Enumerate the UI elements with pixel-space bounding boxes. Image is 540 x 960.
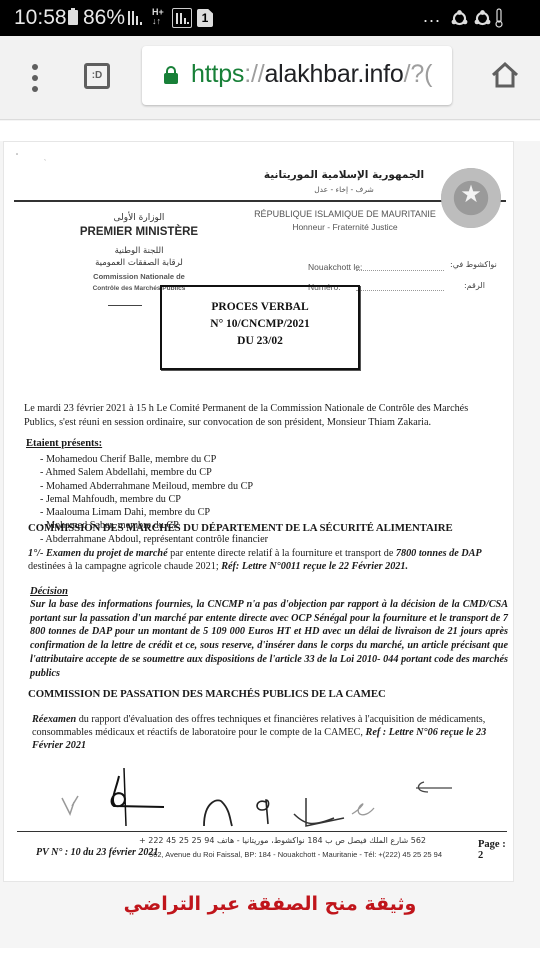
footer-pv-reference: PV N° : 10 du 23 février 2021 — [36, 847, 158, 858]
document-image: ˚ ˎ الجمهورية الإسلامية الموريتانية شرف … — [3, 141, 514, 882]
share-icon — [474, 10, 491, 27]
ministry-arabic: الوزارة الأولى — [64, 213, 214, 223]
decision-text: Sur la base des informations fournies, l… — [30, 598, 508, 680]
committee-french-1: Commission Nationale de — [64, 272, 214, 281]
section-heading-securite-alimentaire: COMMISSION DES MARCHÉS DU DÉPARTEMENT DE… — [28, 522, 453, 534]
signal-icon — [128, 11, 146, 25]
footer-address-arabic: 562 شارع الملك فيصل ص ب 184 نواكشوط، مور… — [139, 836, 426, 845]
place-label-arabic: نواكشوط في: — [450, 260, 497, 269]
data-arrows-icon: H+↓↑ — [152, 8, 164, 26]
place-dotted-line — [356, 270, 444, 271]
letterhead-rule — [108, 305, 142, 306]
decision-heading: Décision — [30, 586, 68, 597]
motto-french: Honneur - Fraternité Justice — [240, 222, 450, 232]
proces-verbal-box: PROCES VERBAL N° 10/CNCMP/2021 DU 23/02 — [160, 285, 360, 370]
republic-arabic: الجمهورية الإسلامية الموريتانية — [244, 169, 444, 181]
home-icon[interactable] — [490, 60, 520, 90]
overflow-notifications: ... — [423, 6, 441, 27]
sim-icon: 1 — [197, 9, 213, 27]
number-dotted-line — [356, 290, 444, 291]
committee-arabic-1: اللجنة الوطنية — [64, 246, 214, 256]
share-icon — [451, 10, 468, 27]
footer-rule — [17, 831, 507, 832]
member-item: - Maalouma Limam Dahi, membre du CP — [40, 506, 268, 519]
motto-arabic: شرف - إخاء - عدل — [244, 185, 444, 194]
footer-address-french: 562, Avenue du Roi Faissal, BP: 184 - No… — [149, 850, 442, 859]
intro-line-2: Publics, s'est réuni en session ordinair… — [24, 416, 504, 429]
tab-switcher-button[interactable]: :D — [84, 63, 110, 89]
pv-title: PROCES VERBAL — [162, 301, 358, 313]
place-label: Nouakchott le: — [308, 262, 362, 272]
network-type: H+ — [152, 7, 164, 17]
intro-line-1: Le mardi 23 février 2021 à 15 h Le Comit… — [24, 402, 504, 415]
member-item: - Jemal Mahfoudh, membre du CP — [40, 493, 268, 506]
page-number: Page : 2 — [478, 839, 513, 861]
section1-item: 1°/- Examen du projet de marché par ente… — [28, 547, 508, 573]
signal-box-icon — [172, 8, 192, 28]
lock-icon — [164, 66, 178, 84]
page-bottom — [0, 948, 540, 960]
pv-date: DU 23/02 — [162, 335, 358, 347]
image-caption: وثيقة منح الصفقة عبر التراضي — [0, 893, 540, 915]
status-time: 10:58 — [14, 6, 67, 30]
pv-number: N° 10/CNCMP/2021 — [162, 318, 358, 330]
battery-icon — [68, 10, 78, 25]
header-rule — [14, 200, 506, 202]
member-item: - Ahmed Salem Abdellahi, membre du CP — [40, 466, 268, 479]
committee-arabic-2: لرقابة الصفقات العمومية — [64, 258, 214, 268]
republic-french: RÉPUBLIQUE ISLAMIQUE DE MAURITANIE — [240, 209, 450, 219]
vertical-dots-icon[interactable] — [29, 64, 41, 92]
number-label-arabic: الرقم: — [464, 281, 485, 290]
url-bar[interactable]: https://alakhbar.info/?( — [142, 46, 452, 105]
section2-item: Réexamen du rapport d'évaluation des off… — [32, 713, 508, 752]
battery-percent: 86% — [83, 6, 125, 30]
signatures — [44, 762, 474, 832]
page-spacer — [0, 121, 540, 141]
mauritania-seal-icon — [441, 168, 501, 228]
ministry-french: PREMIER MINISTÈRE — [64, 226, 214, 238]
member-item: - Abderrahmane Abdoul, représentant cont… — [40, 533, 268, 546]
present-heading: Etaient présents: — [26, 438, 102, 449]
member-item: - Mohamed Abderrahmane Meiloud, membre d… — [40, 480, 268, 493]
url-text[interactable]: https://alakhbar.info/?( — [191, 60, 432, 89]
section-heading-camec: COMMISSION DE PASSATION DES MARCHÉS PUBL… — [28, 688, 386, 700]
status-bar: 10:58 86% H+↓↑ 1 ... — [0, 0, 540, 36]
browser-toolbar: :D https://alakhbar.info/?( — [0, 36, 540, 120]
thermometer-icon — [495, 8, 503, 28]
member-item: - Mohamedou Cherif Balle, membre du CP — [40, 453, 268, 466]
